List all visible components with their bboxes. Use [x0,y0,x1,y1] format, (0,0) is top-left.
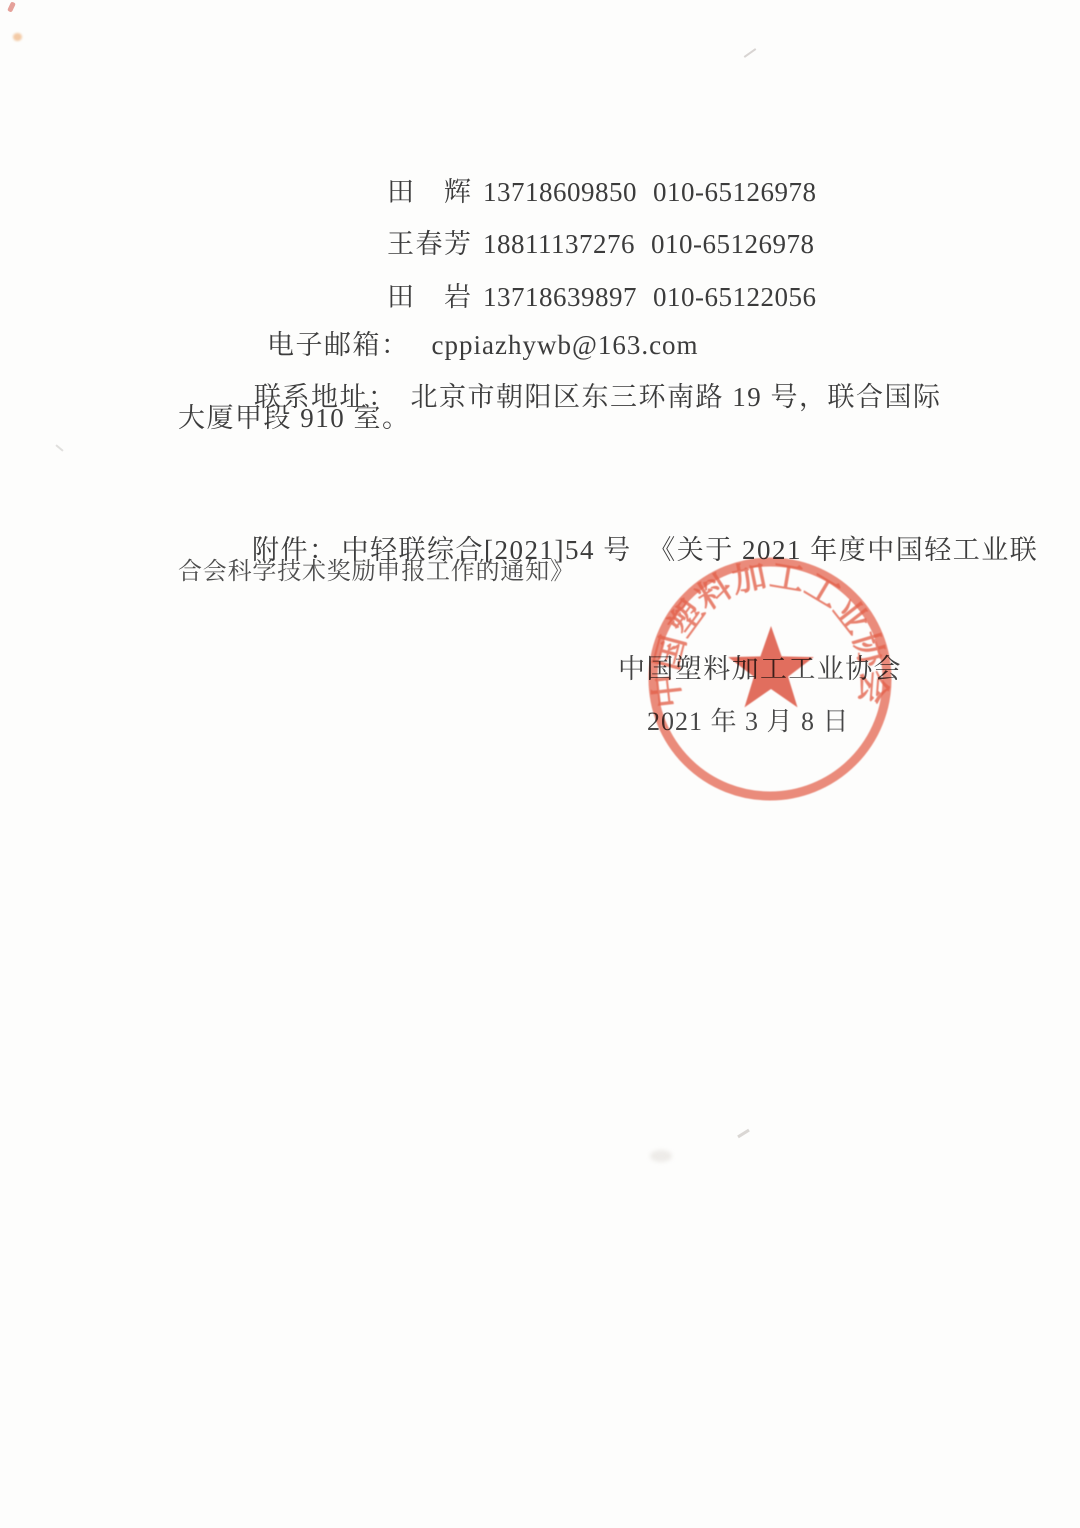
scan-artifact [744,48,757,58]
scan-artifact [7,1,16,12]
scan-artifact [13,33,22,41]
scan-artifact [55,444,63,451]
scan-artifact [650,1150,672,1162]
address-value: 北京市朝阳区东三环南路 19 号，联合国际 [411,382,942,412]
scanned-letter-page: 田 辉13718609850010-65126978 王春芳1881113727… [0,0,1080,1528]
scan-artifact [737,1129,750,1138]
attachment-line-2: 合会科学技术奖励申报工作的通知》 [178,557,575,587]
seal-star [728,626,814,707]
address-line-2: 大厦甲段 910 室。 [178,403,411,433]
official-seal: 中国塑料加工工业协会 [630,545,920,825]
